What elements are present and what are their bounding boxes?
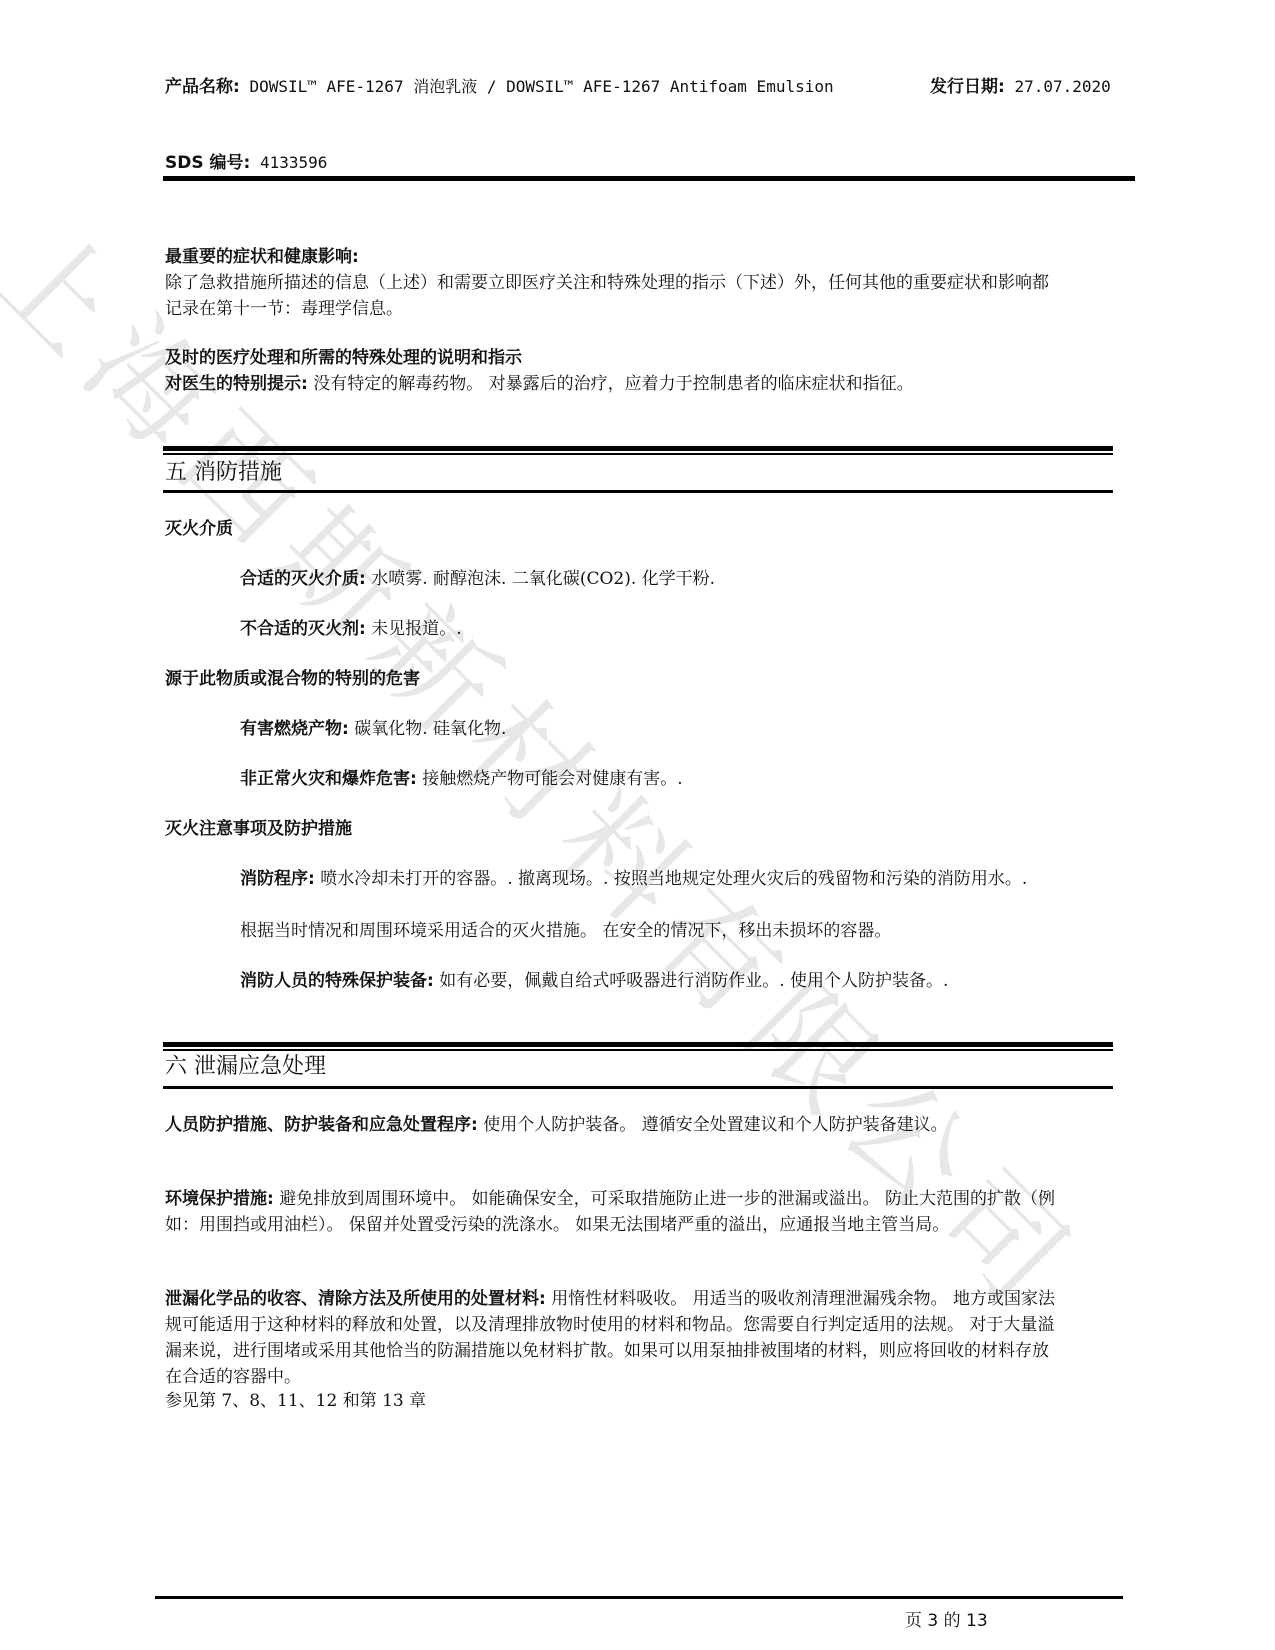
doctor-note: 对医生的特别提示: 没有特定的解毒药物。 对暴露后的治疗，应着力于控制患者的临床… bbox=[165, 371, 1065, 397]
extinguishing-media-title: 灭火介质 bbox=[165, 516, 233, 542]
section6-top-rule bbox=[163, 1042, 1113, 1051]
firefighter-ppe-text: 如有必要，佩戴自给式呼吸器进行消防作业。. 使用个人防护装备。. bbox=[434, 971, 949, 991]
suitable-media-label: 合适的灭火介质: bbox=[240, 569, 366, 589]
section6-bottom-rule bbox=[163, 1086, 1113, 1089]
unusual-hazards: 非正常火灾和爆炸危害: 接触燃烧产物可能会对健康有害。. bbox=[240, 766, 1100, 792]
sds-number: SDS 编号: 4133596 bbox=[165, 150, 327, 176]
personal-precautions-text: 使用个人防护装备。 遵循安全处置建议和个人防护装备建议。 bbox=[478, 1115, 948, 1135]
combustion-products: 有害燃烧产物: 碳氧化物. 硅氧化物. bbox=[240, 716, 1100, 742]
sds-number-value: 4133596 bbox=[250, 153, 327, 172]
personal-precautions-label: 人员防护措施、防护装备和应急处置程序: bbox=[165, 1115, 478, 1135]
unsuitable-media: 不合适的灭火剂: 未见报道。. bbox=[240, 616, 1100, 642]
document-page: 产品名称: DOWSIL™ AFE-1267 消泡乳液 / DOWSIL™ AF… bbox=[0, 0, 1275, 1650]
unusual-hazards-text: 接触燃烧产物可能会对健康有害。. bbox=[417, 769, 683, 789]
sds-number-label: SDS 编号: bbox=[165, 153, 250, 173]
firefighting-procedure-label: 消防程序: bbox=[240, 869, 315, 889]
header-divider bbox=[163, 176, 1135, 181]
issue-date: 发行日期: 27.07.2020 bbox=[930, 74, 1111, 100]
firefighting-precautions-title: 灭火注意事项及防护措施 bbox=[165, 816, 352, 842]
doctor-note-text: 没有特定的解毒药物。 对暴露后的治疗，应着力于控制患者的临床症状和指征。 bbox=[308, 374, 914, 394]
product-name: 产品名称: DOWSIL™ AFE-1267 消泡乳液 / DOWSIL™ AF… bbox=[165, 74, 865, 100]
unsuitable-media-text: 未见报道。. bbox=[366, 619, 462, 639]
issue-date-label: 发行日期: bbox=[930, 77, 1005, 97]
treatment-title: 及时的医疗处理和所需的特殊处理的说明和指示 bbox=[165, 345, 1065, 371]
special-hazards-title: 源于此物质或混合物的特别的危害 bbox=[165, 666, 420, 692]
doctor-note-label: 对医生的特别提示: bbox=[165, 374, 308, 394]
environmental-precautions-label: 环境保护措施: bbox=[165, 1189, 274, 1209]
containment-cleanup-label: 泄漏化学品的收容、清除方法及所使用的处置材料: bbox=[165, 1289, 546, 1309]
combustion-products-text: 碳氧化物. 硅氧化物. bbox=[349, 719, 507, 739]
unusual-hazards-label: 非正常火灾和爆炸危害: bbox=[240, 769, 417, 789]
footer-divider bbox=[155, 1596, 1123, 1599]
page-number: 页 3 的 13 bbox=[905, 1606, 988, 1631]
issue-date-value: 27.07.2020 bbox=[1005, 77, 1111, 96]
firefighter-ppe-label: 消防人员的特殊保护装备: bbox=[240, 971, 434, 991]
firefighting-procedure-text: 喷水冷却未打开的容器。. 撤离现场。. 按照当地规定处理火灾后的残留物和污染的消… bbox=[315, 869, 1027, 889]
firefighter-ppe: 消防人员的特殊保护装备: 如有必要，佩戴自给式呼吸器进行消防作业。. 使用个人防… bbox=[240, 968, 1100, 994]
section5-top-rule bbox=[163, 446, 1113, 455]
suitable-media: 合适的灭火介质: 水喷雾. 耐醇泡沫. 二氧化碳(CO2). 化学干粉. bbox=[240, 566, 1100, 592]
unsuitable-media-label: 不合适的灭火剂: bbox=[240, 619, 366, 639]
firefighting-procedure-text-2: 根据当时情况和周围环境采用适合的灭火措施。 在安全的情况下，移出未损坏的容器。 bbox=[240, 918, 1100, 944]
containment-cleanup: 泄漏化学品的收容、清除方法及所使用的处置材料: 用惰性材料吸收。 用适当的吸收剂… bbox=[165, 1286, 1065, 1390]
suitable-media-text: 水喷雾. 耐醇泡沫. 二氧化碳(CO2). 化学干粉. bbox=[366, 569, 715, 589]
firefighting-procedure: 消防程序: 喷水冷却未打开的容器。. 撤离现场。. 按照当地规定处理火灾后的残留… bbox=[240, 866, 1100, 892]
product-name-label: 产品名称: bbox=[165, 77, 240, 97]
environmental-precautions: 环境保护措施: 避免排放到周围环境中。 如能确保安全，可采取措施防止进一步的泄漏… bbox=[165, 1186, 1065, 1238]
personal-precautions: 人员防护措施、防护装备和应急处置程序: 使用个人防护装备。 遵循安全处置建议和个… bbox=[165, 1112, 1065, 1138]
product-name-value: DOWSIL™ AFE-1267 消泡乳液 / DOWSIL™ AFE-1267… bbox=[240, 77, 834, 96]
symptoms-title: 最重要的症状和健康影响: bbox=[165, 244, 1065, 270]
combustion-products-label: 有害燃烧产物: bbox=[240, 719, 349, 739]
section5-bottom-rule bbox=[163, 490, 1113, 493]
section6-title: 六 泄漏应急处理 bbox=[165, 1052, 326, 1082]
symptoms-text: 除了急救措施所描述的信息（上述）和需要立即医疗关注和特殊处理的指示（下述）外，任… bbox=[165, 270, 1065, 322]
environmental-precautions-text: 避免排放到周围环境中。 如能确保安全，可采取措施防止进一步的泄漏或溢出。 防止大… bbox=[165, 1189, 1055, 1235]
section5-title: 五 消防措施 bbox=[165, 458, 282, 488]
see-also-reference: 参见第 7、8、11、12 和第 13 章 bbox=[165, 1388, 1065, 1414]
